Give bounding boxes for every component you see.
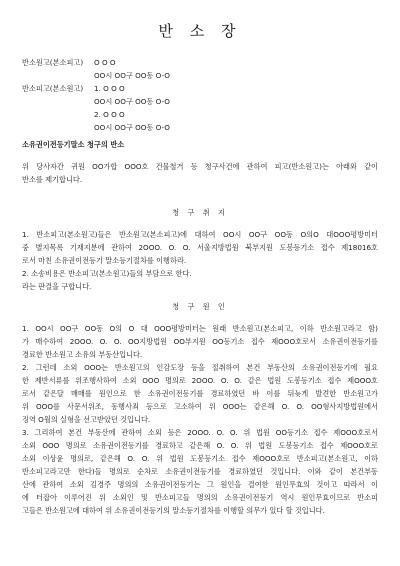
claim-section-title: 청 구 취 지	[0, 208, 400, 218]
text-line: 소외 이상윤 명의로, 같은해 O. O. 위 법원 도봉등기소 접수 제OOO…	[22, 452, 378, 465]
text-line: 위 당사자간 귀원 OO가합 OOO호 건물철거 등 청구사건에 관하여 피고(…	[22, 160, 378, 173]
text-line: 중 별지목록 기재지분에 관하여 2OOO. O. O. 서울지방법원 북부지원…	[22, 241, 378, 254]
party-label-counterclaim-plaintiff: 반소원고(본소피고)	[22, 56, 94, 69]
text-line: 3. 그리하여 본건 부동산에 관하여 소외 등은 2OOO. O. O. 위 …	[22, 426, 378, 439]
text-line: 반소피고라고만 한다)들 명의로 순차로 소유권이전등기를 경료하였던 것입니다…	[22, 465, 378, 478]
case-heading: 소유권이전등기말소 청구의 반소	[22, 140, 124, 150]
intro-paragraph: 위 당사자간 귀원 OO가합 OOO호 건물철거 등 청구사건에 관하여 피고(…	[22, 160, 378, 186]
party-label-counterclaim-defendant: 반소피고(본소원고)	[22, 82, 94, 95]
document-title: 반 소 장	[0, 20, 400, 41]
reasons-paragraph: 1. OO시 OO구 OO동 O의 O 대 OOO평방미터는 원래 반소원고(본…	[22, 322, 378, 517]
party-address: OO시 OO구 OO동 O-O	[94, 69, 170, 82]
text-line: 반소를 제기합니다.	[22, 173, 378, 186]
text-line: 1. OO시 OO구 OO동 O의 O 대 OOO평방미터는 원래 반소원고(본…	[22, 322, 378, 335]
party-address: OO시 OO구 OO동 O-O	[94, 95, 170, 108]
text-line: 1. 반소피고(본소원고)들은 반소원고(본소피고)에 대하여 OO시 OO구 …	[22, 228, 378, 241]
text-line: 로서 마친 소유권이전등기 말소등기절차를 이행하라.	[22, 254, 378, 267]
party-name: O O O	[94, 56, 116, 69]
text-line: 로서 같은달 매매를 원인으로 한 소유권이전등기를 경료하였던 바 이를 뒤늦…	[22, 387, 378, 400]
party-address: OO시 OO구 OO동 O-O	[94, 121, 170, 134]
reason-section-title: 청 구 원 인	[0, 302, 400, 312]
text-line: 한 제반서류를 위조행사하여 소외 OOO 명의로 2OOO. O. O. 같은…	[22, 374, 378, 387]
text-line: 징역 O월의 실형을 선고받았던 것입니다.	[22, 413, 378, 426]
text-line: 2. 소송비용은 반소피고(본소원고)들의 부담으로 한다.	[22, 267, 378, 280]
party-name: 2. O O O	[94, 108, 125, 121]
text-line: 라는 판결을 구합니다.	[22, 280, 378, 293]
text-line: 고들은 반소원고에 대하여 위 소유권이전등기의 말소등기절차를 이행할 의무가…	[22, 504, 378, 517]
text-line: 2. 그런데 소외 OOO는 반소원고의 인감도장 등을 절취하여 본건 부동산…	[22, 361, 378, 374]
claims-paragraph: 1. 반소피고(본소원고)들은 반소원고(본소피고)에 대하여 OO시 OO구 …	[22, 228, 378, 293]
text-line: 에 터잡아 이루어진 위 소외인 및 반소피고들 명의의 소유권이전등기 역시 …	[22, 491, 378, 504]
parties-block: 반소원고(본소피고)O O O OO시 OO구 OO동 O-O 반소피고(본소원…	[22, 56, 170, 134]
party-name: 1. O O O	[94, 82, 125, 95]
text-line: 소외 OOO 명의로 소유권이전등기를 경료하고 같은해 O. O. 위 법원 …	[22, 439, 378, 452]
text-line: 위 OOO를 사문서위조, 동행사죄 등으로 고소하여 위 OOO는 같은해 O…	[22, 400, 378, 413]
text-line: 산에 관하여 소외 김경주 명의의 소유권이전등기는 그 원인을 결여한 원인무…	[22, 478, 378, 491]
text-line: 가 매수하여 2OOO. O. O. OO지방법원 OO부지원 OO등기소 접수…	[22, 335, 378, 348]
text-line: 경료한 반소원고 소유의 부동산입니다.	[22, 348, 378, 361]
document-page: 반 소 장 반소원고(본소피고)O O O OO시 OO구 OO동 O-O 반소…	[0, 0, 400, 566]
